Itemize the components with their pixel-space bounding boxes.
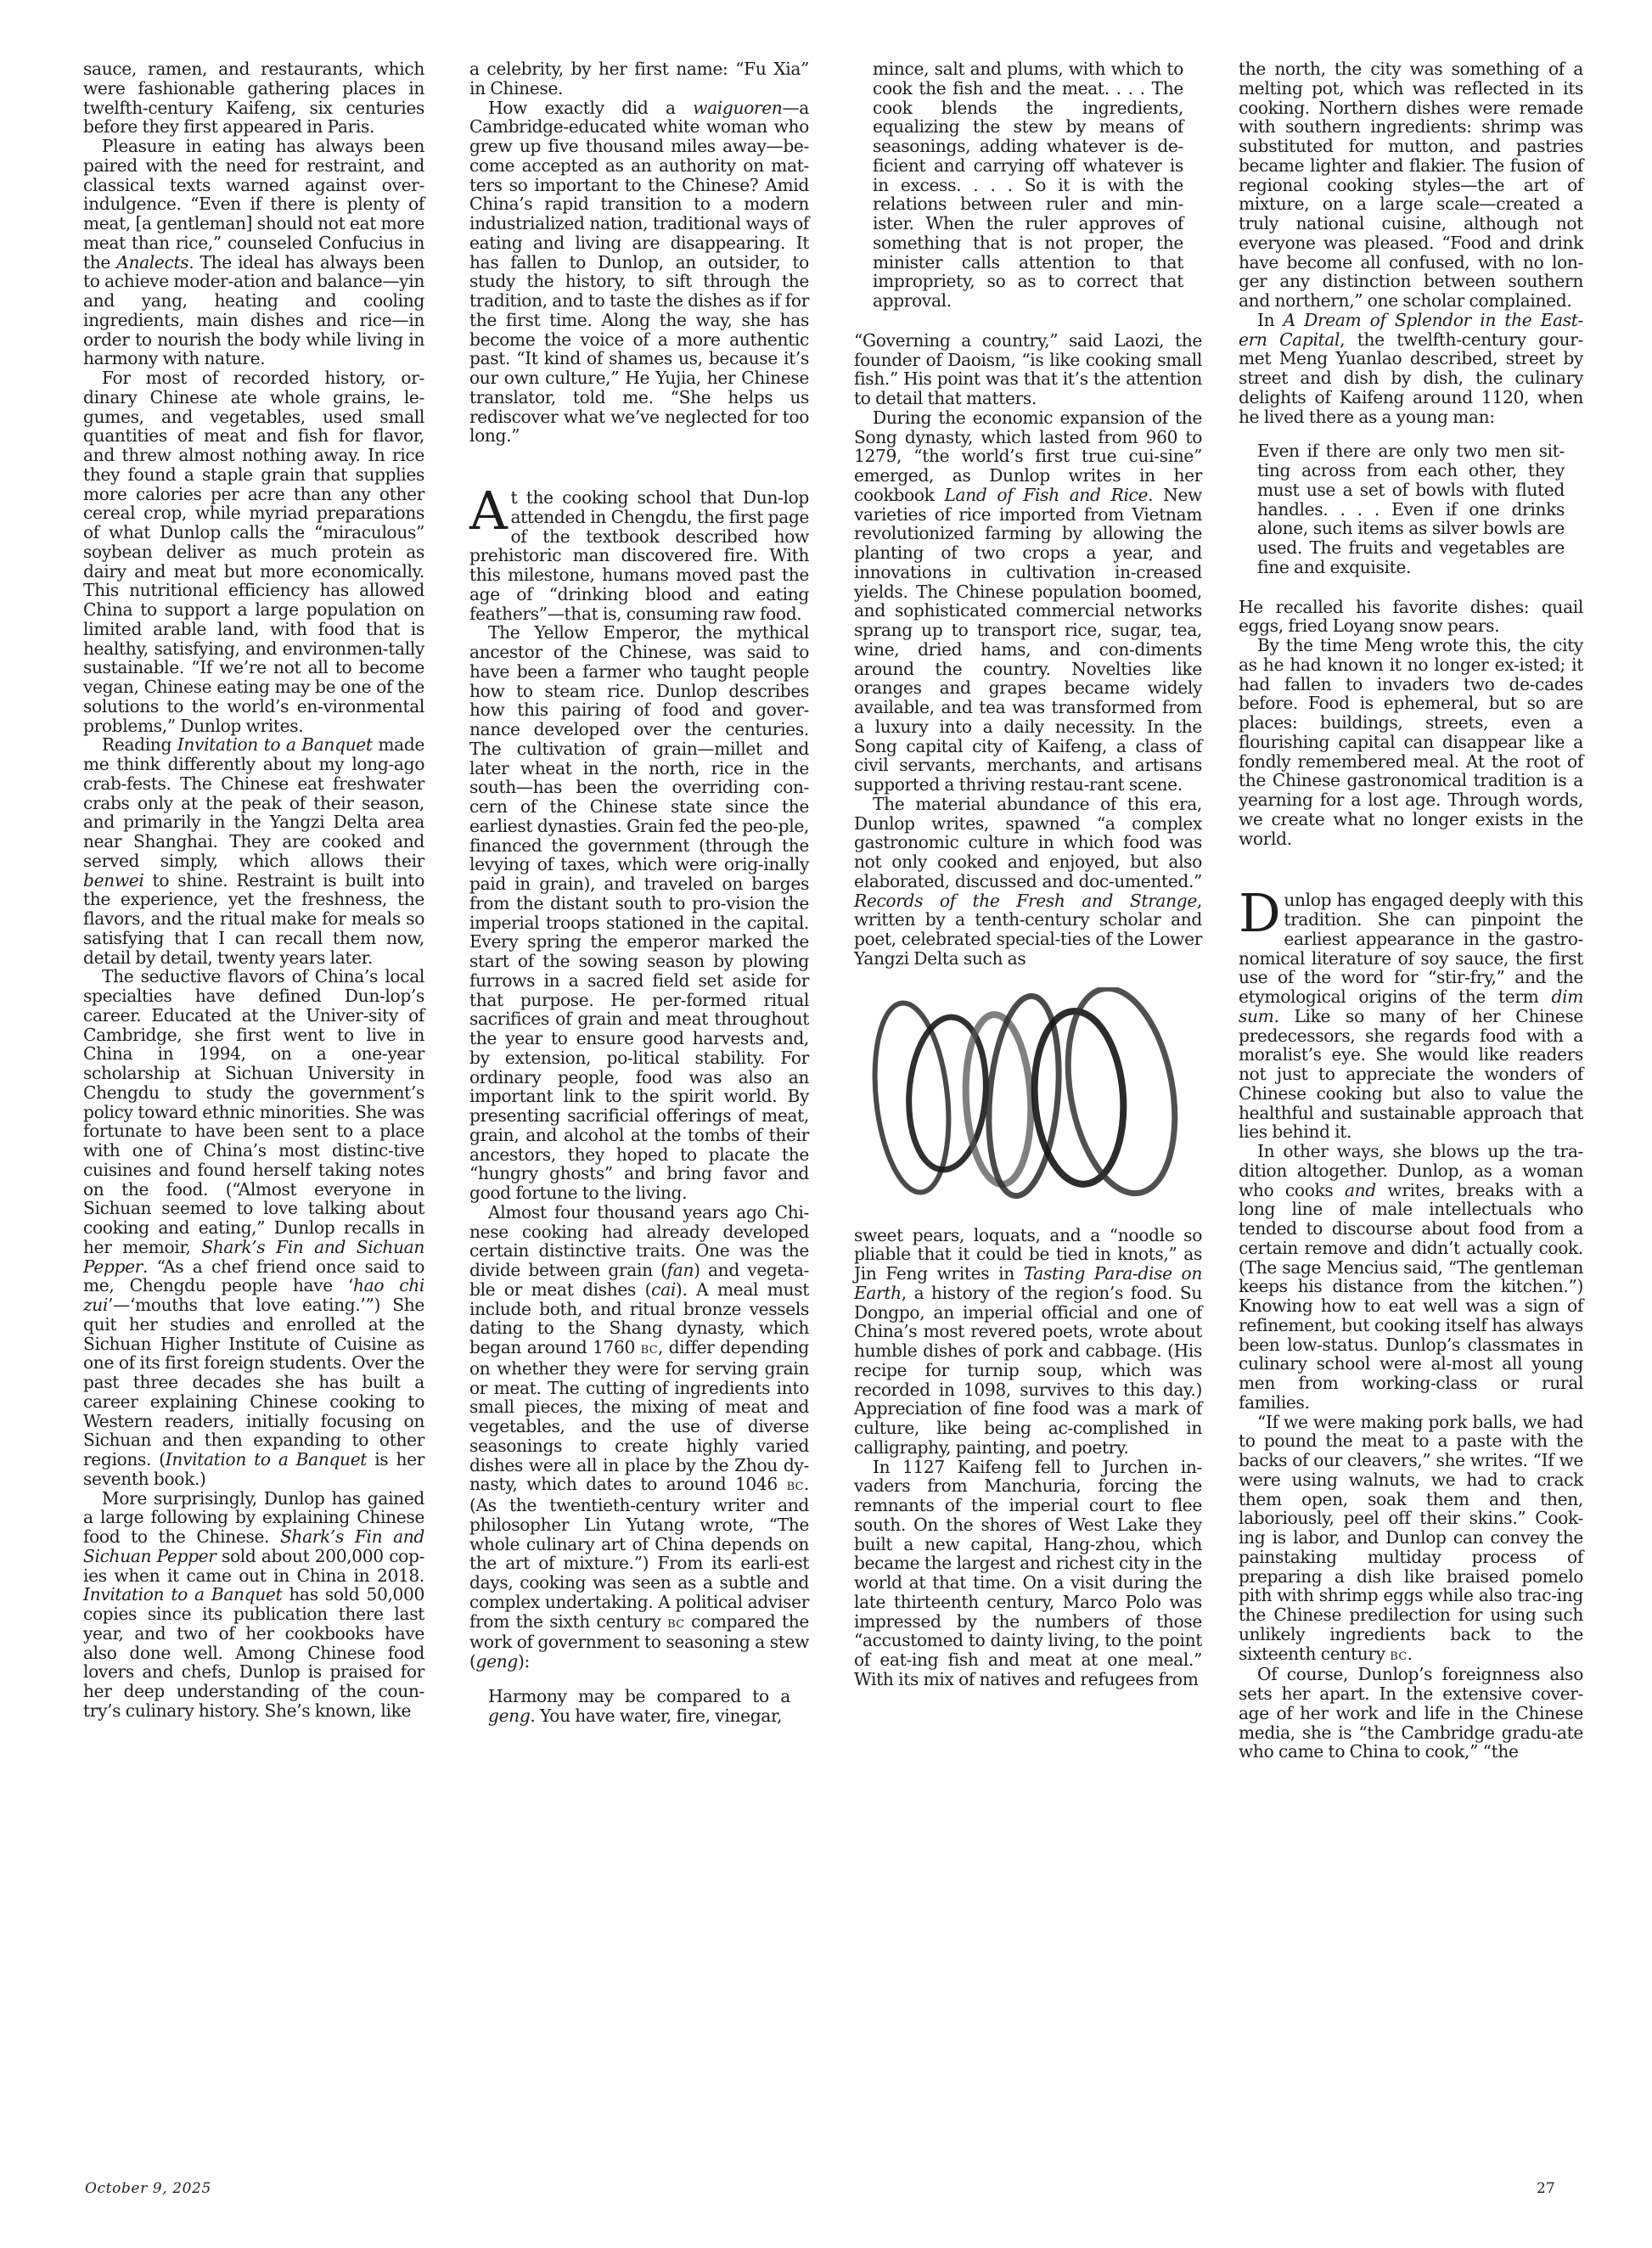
dropcap-letter: D: [1239, 894, 1280, 933]
paragraph: Almost four thousand years ago Chi-nese …: [469, 1203, 809, 1672]
paragraph-with-dropcap: Dunlop has engaged deeply with this trad…: [1239, 891, 1583, 1142]
paragraph: “Governing a country,” said Laozi, the f…: [854, 331, 1202, 408]
quote-text: mince, salt and plums, with which to coo…: [873, 59, 1183, 311]
paragraph: The material abundance of this era, Dunl…: [854, 795, 1202, 969]
quote-text: Harmony may be compared to a geng. You h…: [488, 1687, 790, 1726]
article-column-3: mince, salt and plums, with which to coo…: [854, 59, 1202, 1689]
article-column-2: a celebrity, by her first name: “Fu Xia”…: [469, 59, 809, 1745]
quote-text: Even if there are only two men sit-ting …: [1257, 441, 1565, 576]
issue-date: October 9, 2025: [85, 2180, 211, 2197]
paragraph: In other ways, she blows up the tra-diti…: [1239, 1142, 1583, 1413]
section-break: [469, 446, 809, 488]
page-number: 27: [1537, 2180, 1555, 2197]
block-quote: mince, salt and plums, with which to coo…: [873, 59, 1202, 311]
paragraph: During the economic expansion of the Son…: [854, 408, 1202, 795]
paragraph-with-dropcap: At the cooking school that Dun-lop atten…: [469, 488, 809, 623]
paragraph: He recalled his favorite dishes: quail e…: [1239, 598, 1583, 637]
paragraph: How exactly did a waiguoren—a Cambridge-…: [469, 98, 809, 447]
block-quote: Even if there are only two men sit-ting …: [1257, 441, 1583, 576]
paragraph: the north, the city was something of a m…: [1239, 59, 1583, 311]
dropcap-letter: A: [469, 492, 507, 531]
section-break: [1239, 848, 1583, 891]
paragraph: a celebrity, by her first name: “Fu Xia”…: [469, 59, 809, 98]
paragraph: In 1127 Kaifeng fell to Jurchen in-vader…: [854, 1458, 1202, 1689]
article-column-4: the north, the city was something of a m…: [1239, 59, 1583, 1762]
paragraph: Pleasure in eating has always been paire…: [83, 137, 424, 368]
paragraph: For most of recorded history, or-dinary …: [83, 368, 424, 735]
block-quote: Harmony may be compared to a geng. You h…: [488, 1687, 809, 1726]
paragraph: Of course, Dunlop’s foreignness also set…: [1239, 1665, 1583, 1762]
paragraph: The seductive flavors of China’s local s…: [83, 967, 424, 1488]
paragraph: By the time Meng wrote this, the city as…: [1239, 636, 1583, 848]
ink-ovals-illustration: [854, 987, 1202, 1204]
paragraph: The Yellow Emperor, the mythical ancesto…: [469, 623, 809, 1203]
paragraph: More surprisingly, Dunlop has gained a l…: [83, 1489, 424, 1721]
paragraph: Reading Invitation to a Banquet made me …: [83, 735, 424, 967]
paragraph: In A Dream of Splendor in the East-ern C…: [1239, 311, 1583, 427]
paragraph: “If we were making pork balls, we had to…: [1239, 1413, 1583, 1666]
paragraph: sauce, ramen, and restaurants, which wer…: [83, 59, 424, 137]
paragraph: sweet pears, loquats, and a “noodle so p…: [854, 1226, 1202, 1458]
article-column-1: sauce, ramen, and restaurants, which wer…: [83, 59, 424, 1721]
